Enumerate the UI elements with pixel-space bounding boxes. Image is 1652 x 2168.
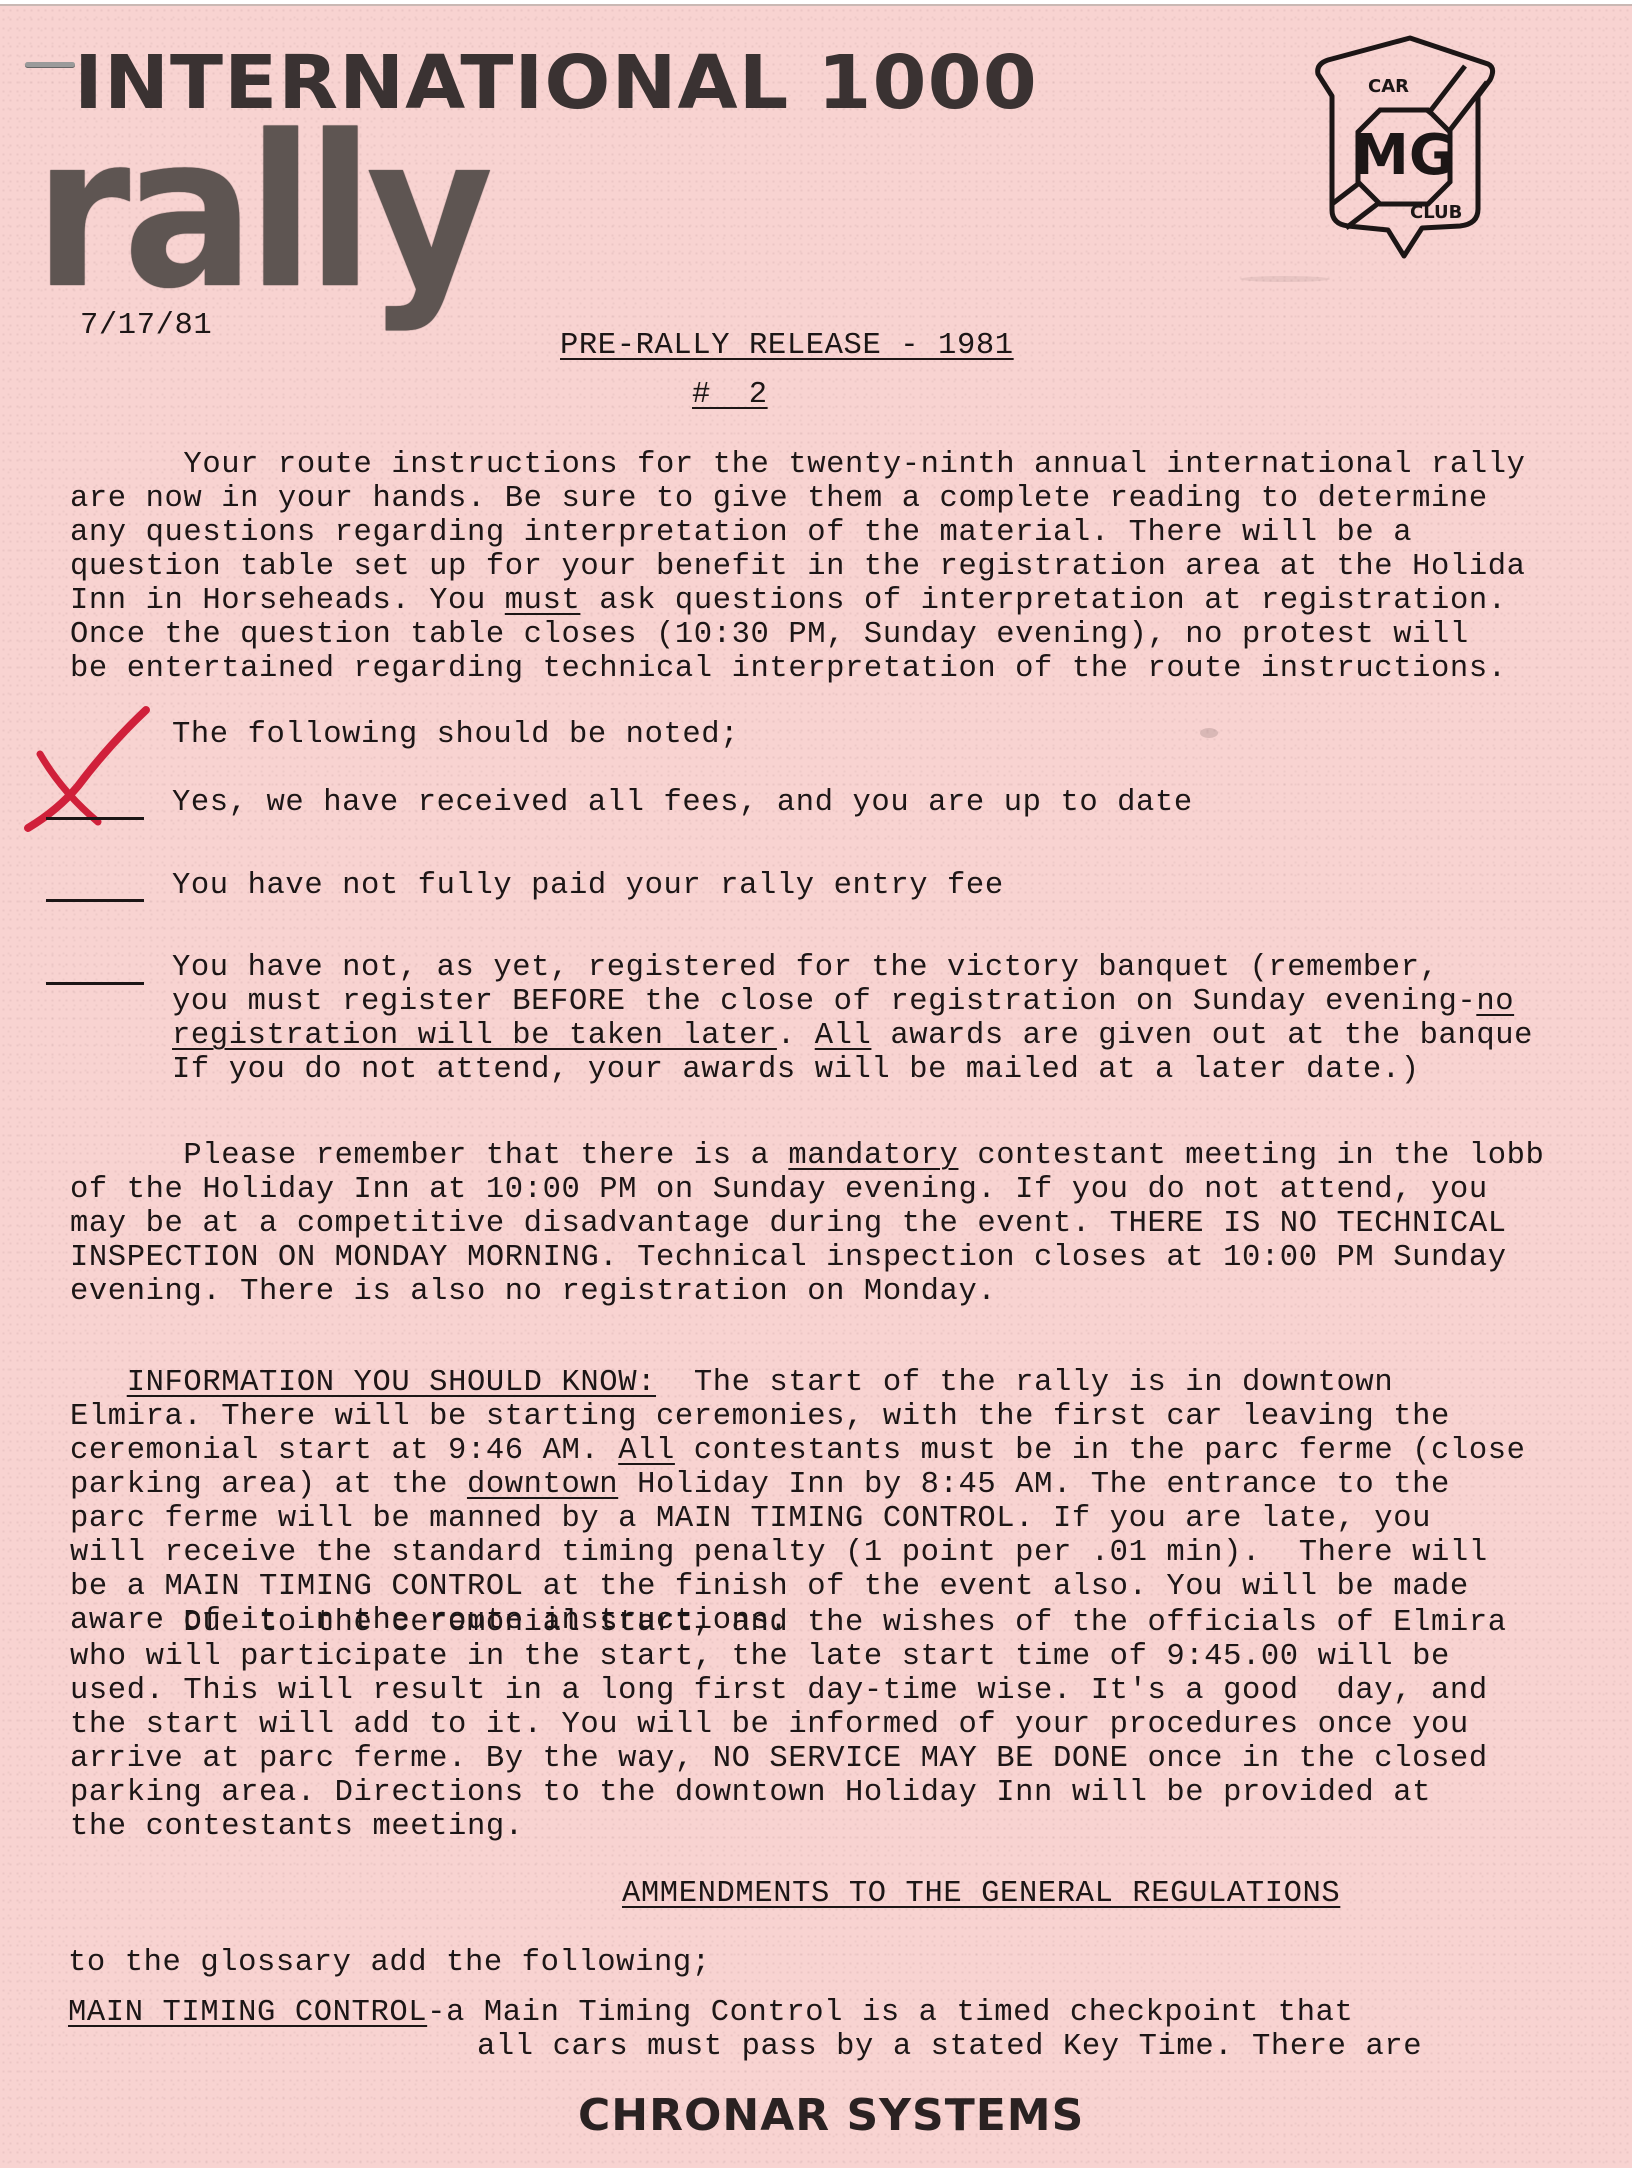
checklist-item-entry-fee-unpaid: You have not fully paid your rally entry… xyxy=(172,869,1004,903)
emphasis-must: must xyxy=(505,584,581,618)
svg-text:CLUB: CLUB xyxy=(1410,202,1462,223)
meeting-paragraph: Please remember that there is a mandator… xyxy=(70,1139,1544,1309)
glossary-definition-continued: all cars must pass by a stated Key Time.… xyxy=(477,2030,1422,2064)
release-number: # 2 xyxy=(692,378,768,412)
staple xyxy=(25,62,75,67)
information-heading: INFORMATION YOU SHOULD KNOW: xyxy=(127,1366,656,1400)
release-date: 7/17/81 xyxy=(80,309,212,343)
intro-paragraph: Your route instructions for the twenty-n… xyxy=(70,448,1526,686)
glossary-entry-main-timing-control: MAIN TIMING CONTROL-a Main Timing Contro… xyxy=(68,1996,1353,2030)
checkbox-line-banquet-unregistered[interactable] xyxy=(46,982,144,985)
footer-company-name: CHRONAR SYSTEMS xyxy=(578,2090,1084,2141)
glossary-intro: to the glossary add the following; xyxy=(68,1946,711,1980)
paper-smudge xyxy=(1200,728,1218,738)
svg-text:MG: MG xyxy=(1353,123,1455,188)
ceremonial-start-paragraph: Due to the ceremonial start, and the wis… xyxy=(70,1606,1507,1844)
svg-text:CAR: CAR xyxy=(1368,76,1409,97)
checkbox-line-fees-received[interactable] xyxy=(46,817,144,820)
mg-car-club-badge-icon: MG CAR CLUB xyxy=(1310,34,1500,274)
rally-title-line2: rally xyxy=(34,108,486,318)
document-page: INTERNATIONAL 1000 rally MG CAR CLUB 7/1… xyxy=(0,4,1632,2168)
paper-smudge xyxy=(1240,276,1330,282)
amendments-heading: AMMENDMENTS TO THE GENERAL REGULATIONS xyxy=(622,1877,1340,1911)
checklist-item-banquet-unregistered: You have not, as yet, registered for the… xyxy=(172,951,1533,1087)
checkbox-line-entry-fee-unpaid[interactable] xyxy=(46,899,144,902)
checklist-heading: The following should be noted; xyxy=(172,718,739,752)
glossary-term: MAIN TIMING CONTROL xyxy=(68,1996,427,2030)
checklist-item-fees-received: Yes, we have received all fees, and you … xyxy=(172,786,1193,820)
information-paragraph: INFORMATION YOU SHOULD KNOW: The start o… xyxy=(70,1366,1526,1638)
release-title: PRE-RALLY RELEASE - 1981 xyxy=(560,329,1014,363)
